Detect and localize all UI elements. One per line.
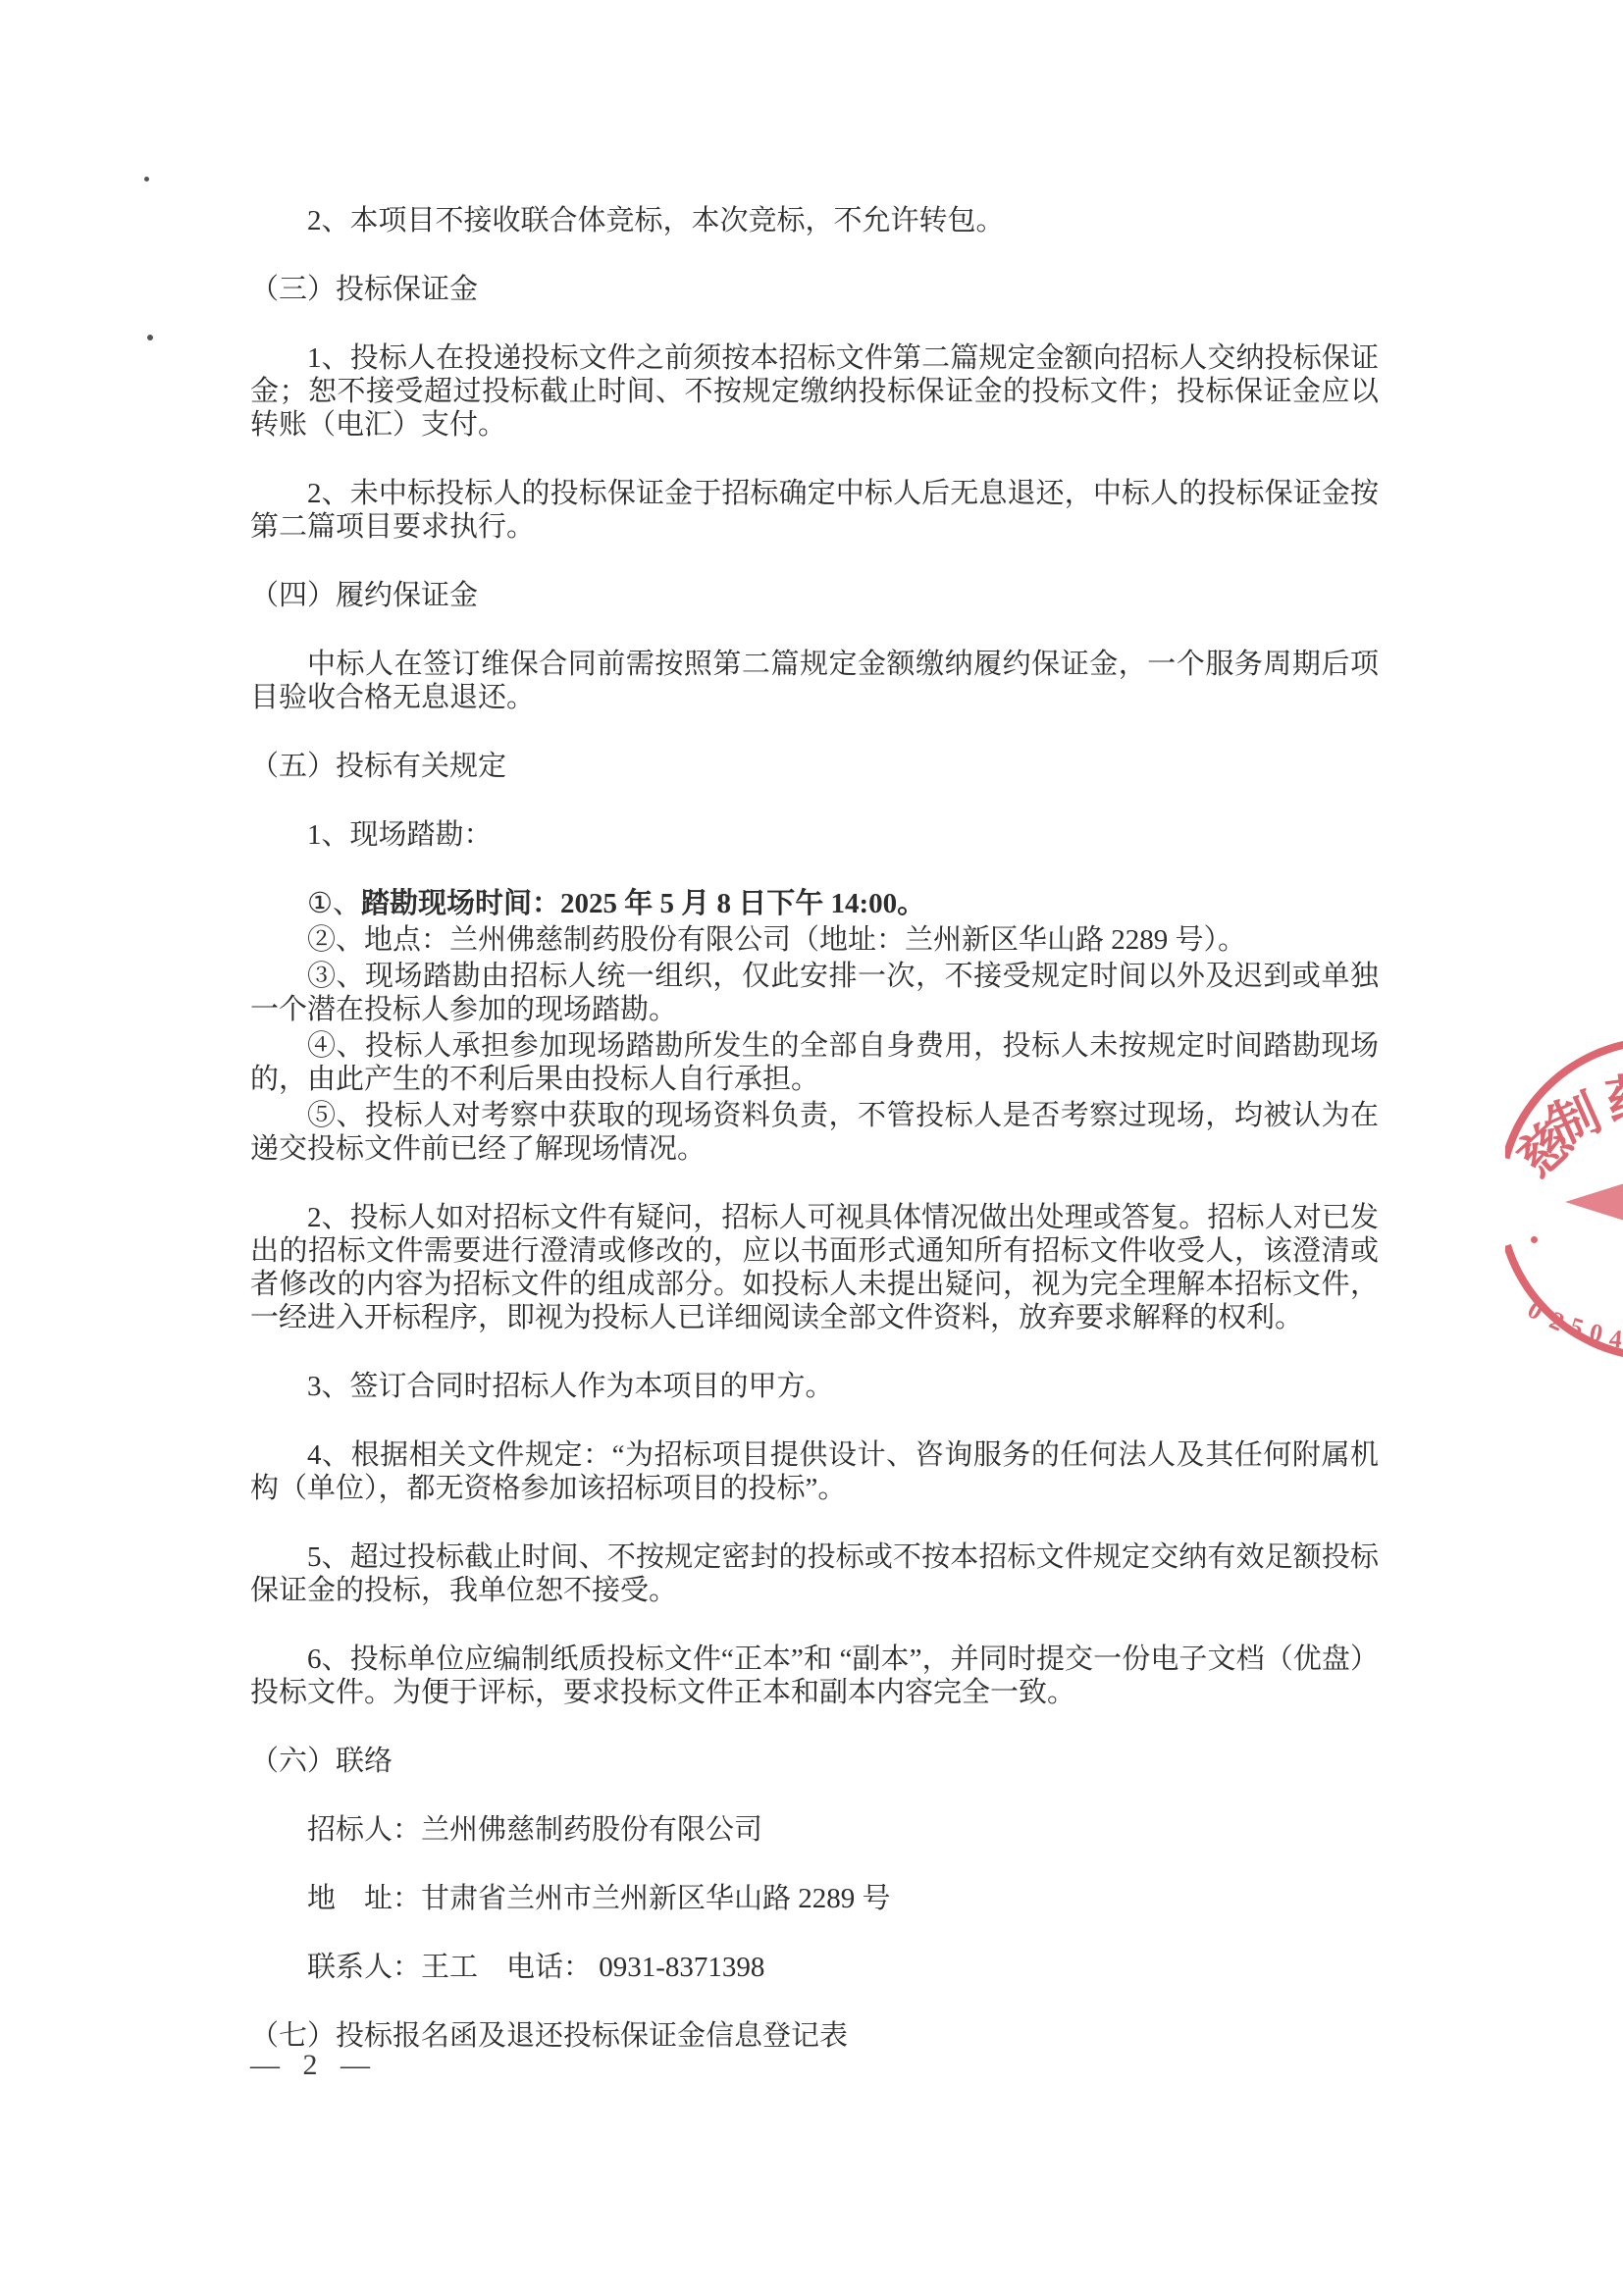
para-bid-bond-refund: 2、未中标投标人的投标保证金于招标确定中标人后无息退还，中标人的投标保证金按第二… xyxy=(250,477,1379,544)
document-body: 2、本项目不接收联合体竞标，本次竞标，不允许转包。 （三）投标保证金 1、投标人… xyxy=(250,204,1379,2088)
list-item-survey-time: ①、踏勘现场时间：2025 年 5 月 8 日下午 14:00。 xyxy=(250,887,1379,920)
heading-bidding-rules: （五）投标有关规定 xyxy=(250,750,1379,783)
heading-registration-form: （七）投标报名函及退还投标保证金信息登记表 xyxy=(250,2019,1379,2053)
para-no-joint-bidding: 2、本项目不接收联合体竞标，本次竞标，不允许转包。 xyxy=(250,204,1379,237)
survey-time-bold-text: 踏勘现场时间：2025 年 5 月 8 日下午 14:00。 xyxy=(361,888,925,919)
seal-ink-speck xyxy=(1531,1236,1538,1243)
list-item-prefix: ①、 xyxy=(307,888,361,919)
list-item-survey-location: ②、地点：兰州佛慈制药股份有限公司（地址：兰州新区华山路 2289 号）。 xyxy=(250,923,1379,957)
list-item-survey-cost: ④、投标人承担参加现场踏勘所发生的全部自身费用，投标人未按规定时间踏勘现场的，由… xyxy=(250,1029,1379,1096)
list-item-survey-responsibility: ⑤、投标人对考察中获取的现场资料负责，不管投标人是否考察过现场，均被认为在递交投… xyxy=(250,1099,1379,1166)
company-seal-stamp: 慈 制 药 0 2 5 0 4 xyxy=(1505,1020,1623,1364)
para-site-survey-title: 1、现场踏勘： xyxy=(250,818,1379,852)
para-tenderer-address: 地 址：甘肃省兰州市兰州新区华山路 2289 号 xyxy=(250,1882,1379,1915)
heading-bid-bond: （三）投标保证金 xyxy=(250,273,1379,306)
scan-noise-speck xyxy=(144,177,149,182)
para-clarification: 2、投标人如对招标文件有疑问，招标人可视具体情况做出处理或答复。招标人对已发出的… xyxy=(250,1201,1379,1334)
para-original-and-copy: 6、投标单位应编制纸质投标文件“正本”和 “副本”，并同时提交一份电子文档（优盘… xyxy=(250,1643,1379,1709)
para-late-bid-rejection: 5、超过投标截止时间、不按规定密封的投标或不按本招标文件规定交纳有效足额投标保证… xyxy=(250,1540,1379,1607)
page-number: — 2 — xyxy=(250,2049,378,2082)
para-performance-bond: 中标人在签订维保合同前需按照第二篇规定金额缴纳履约保证金，一个服务周期后项目验收… xyxy=(250,648,1379,714)
heading-contact: （六）联络 xyxy=(250,1745,1379,1778)
para-designer-exclusion: 4、根据相关文件规定：“为招标项目提供设计、咨询服务的任何法人及其任何附属机构（… xyxy=(250,1438,1379,1505)
para-tenderer-name: 招标人：兰州佛慈制药股份有限公司 xyxy=(250,1813,1379,1847)
para-contract-party: 3、签订合同时招标人作为本项目的甲方。 xyxy=(250,1370,1379,1403)
seal-serial-digit: 4 xyxy=(1608,1326,1623,1352)
list-item-survey-organization: ③、现场踏勘由招标人统一组织，仅此安排一次，不接受规定时间以外及迟到或单独一个潜… xyxy=(250,960,1379,1026)
heading-performance-bond: （四）履约保证金 xyxy=(250,579,1379,612)
scan-noise-speck xyxy=(147,335,153,340)
para-contact-person: 联系人：王工 电话： 0931-8371398 xyxy=(250,1951,1379,1984)
para-bid-bond-payment: 1、投标人在投递投标文件之前须按本招标文件第二篇规定金额向招标人交纳投标保证金；… xyxy=(250,341,1379,442)
